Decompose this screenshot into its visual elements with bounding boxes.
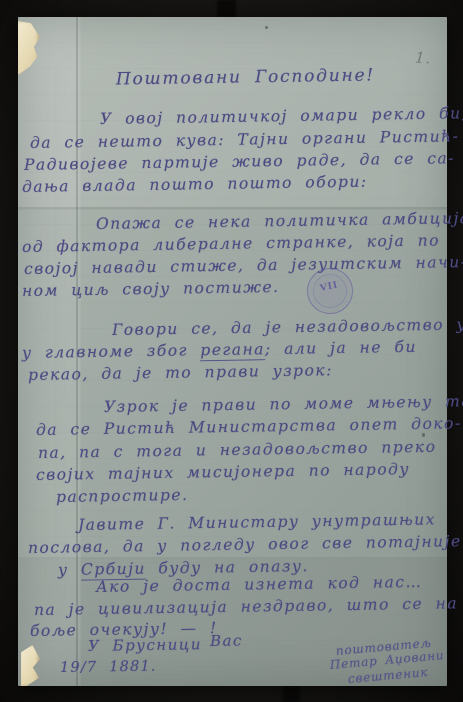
line-fragment: у <box>58 561 81 579</box>
handwritten-line: Узрок је прави по моме мњењу тај; <box>104 393 463 417</box>
handwritten-line: Ако је доста изнета код нас… <box>96 574 423 597</box>
handwritten-line: У овој политичкој омари рекло би, <box>100 105 463 129</box>
page-number-pencil: 1. <box>414 50 431 66</box>
handwritten-line: Опажа се нека политичка амбиција <box>96 210 463 234</box>
closing-date: 19/7 1881. <box>60 658 157 676</box>
handwritten-line: распростире. <box>56 487 189 507</box>
backdrop-seam-top <box>217 0 236 18</box>
paper-speck <box>422 433 425 437</box>
handwritten-line: својих тајних мисијонера по народу <box>36 461 410 485</box>
salutation-line: Поштовани Господине! <box>18 65 447 91</box>
handwritten-line: у главноме због регана; али ја не би <box>22 339 417 363</box>
letter-paper: 1. Поштовани Господине! У овој политичко… <box>18 17 447 686</box>
handwritten-line: па, па с тога и незадовољство преко <box>38 439 437 463</box>
photo-backdrop: { "page_number": "1.", "stamp": { "cente… <box>0 0 463 702</box>
handwritten-line: од фактора либералне странке, која по <box>22 232 440 256</box>
closing-place: У Брусници <box>88 636 202 655</box>
torn-corner-bottom-left <box>21 645 40 686</box>
handwritten-line: дања влада пошто пошто обори: <box>22 174 368 197</box>
backdrop-seam-bottom <box>283 685 300 702</box>
torn-corner-top-left <box>18 21 40 75</box>
handwritten-line: рекао, да је то прави узрок: <box>28 362 333 385</box>
paper-speck <box>265 26 268 29</box>
handwritten-line: Радивојеве партије живо раде, да се са- <box>24 150 455 175</box>
handwritten-line: да се Ристић Министарства опет доко- <box>36 415 462 439</box>
handwritten-line: Јавите Г. Министару унутрашњих <box>78 511 436 534</box>
closing-you: Вас <box>210 632 243 650</box>
underlined-word: регана <box>200 340 265 361</box>
handwritten-line: послова, да у погледу овог све потајније <box>28 533 462 558</box>
handwritten-line: да се нешто кува: Тајни органи Ристић- <box>30 128 460 153</box>
handwritten-line: Говори се, да је незадовољство у Народу <box>112 315 463 340</box>
handwritten-line: ном циљ своју постиже. <box>22 279 280 301</box>
line-fragment: у главноме због <box>22 341 201 362</box>
line-fragment: ; али ја не би <box>265 338 417 358</box>
handwritten-line: својој навади стиже, да језуитским начи- <box>24 254 463 279</box>
handwritten-line: па је цивилизација нездраво, што се на <box>34 595 458 619</box>
